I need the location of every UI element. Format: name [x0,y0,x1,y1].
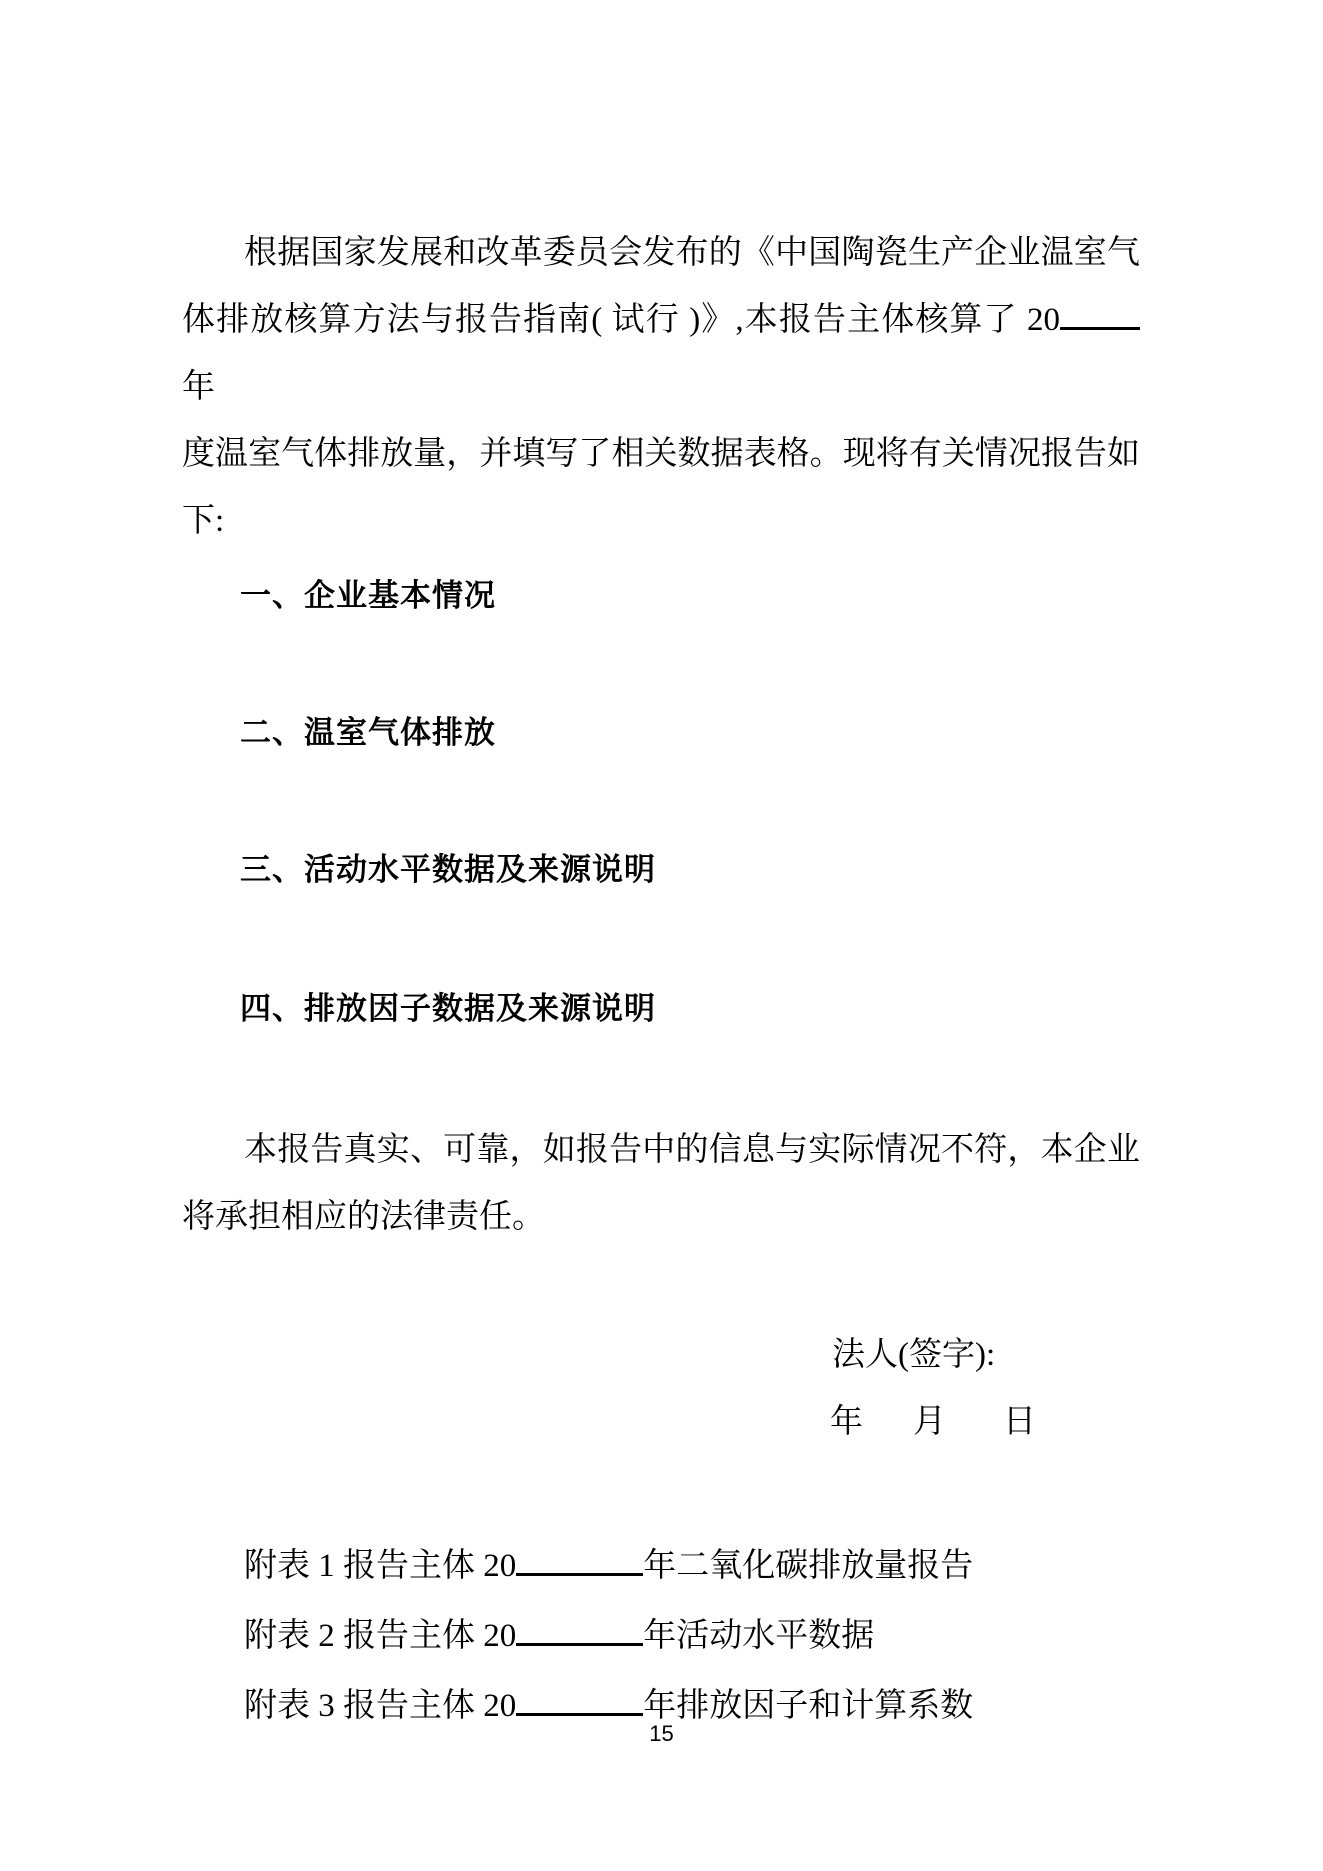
month-label: 月 [913,1404,946,1440]
intro-line-1: 根据国家发展和改革委员会发布的《中国陶瓷生产企业温室气 [182,220,1140,287]
declaration-paragraph: 本报告真实、可靠，如报告中的信息与实际情况不符，本企业 将承担相应的法律责任。 [182,1117,1140,1251]
year-blank-underline [1060,297,1140,330]
attachment-2-title-post: 年活动水平数据 [643,1618,874,1654]
section-heading-activity-data: 三、活动水平数据及来源说明 [182,836,1140,903]
attachment-list: 附表 1 报告主体 20年二氧化碳排放量报告 附表 2 报告主体 20年活动水平… [182,1531,1140,1741]
attachment-item-1: 附表 1 报告主体 20年二氧化碳排放量报告 [182,1531,1140,1601]
intro-paragraph: 根据国家发展和改革委员会发布的《中国陶瓷生产企业温室气 体排放核算方法与报告指南… [182,220,1140,555]
section-heading-emission-factors: 四、排放因子数据及来源说明 [182,975,1140,1042]
intro-line-2: 体排放核算方法与报告指南( 试行 )》,本报告主体核算了 20年 [182,287,1140,421]
attachment-3-year-blank-underline [516,1683,643,1716]
intro-line-2-suffix: 年 [182,369,215,405]
attachment-2-year-blank-underline [516,1613,643,1646]
day-label: 日 [1003,1404,1036,1440]
section-heading-basic-info: 一、企业基本情况 [182,562,1140,629]
intro-line-2-text: 体排放核算方法与报告指南( 试行 )》,本报告主体核算了 20 [182,302,1060,338]
attachment-1-year-blank-underline [516,1543,643,1576]
document-page: 根据国家发展和改革委员会发布的《中国陶瓷生产企业温室气 体排放核算方法与报告指南… [0,0,1323,1871]
attachment-1-title-post: 年二氧化碳排放量报告 [643,1548,973,1584]
attachment-item-2: 附表 2 报告主体 20年活动水平数据 [182,1601,1140,1671]
signature-block: 法人(签字): 年月日 [182,1322,1140,1456]
document-body: 根据国家发展和改革委员会发布的《中国陶瓷生产企业温室气 体排放核算方法与报告指南… [182,220,1140,1741]
signature-date-line: 年月日 [182,1389,1140,1456]
section-heading-ghg-emissions: 二、温室气体排放 [182,699,1140,766]
declaration-line-1: 本报告真实、可靠，如报告中的信息与实际情况不符，本企业 [182,1117,1140,1184]
intro-line-3: 度温室气体排放量，并填写了相关数据表格。现将有关情况报告如 [182,421,1140,488]
attachment-1-title-pre: 附表 1 报告主体 20 [244,1548,516,1584]
year-label: 年 [830,1404,863,1440]
attachment-2-title-pre: 附表 2 报告主体 20 [244,1618,516,1654]
attachment-3-title-pre: 附表 3 报告主体 20 [244,1688,516,1724]
declaration-line-2: 将承担相应的法律责任。 [182,1184,1140,1251]
legal-person-signature-line: 法人(签字): [182,1322,1140,1389]
intro-line-4: 下: [182,488,1140,555]
attachment-3-title-post: 年排放因子和计算系数 [643,1688,973,1724]
page-number: 15 [0,1720,1323,1748]
